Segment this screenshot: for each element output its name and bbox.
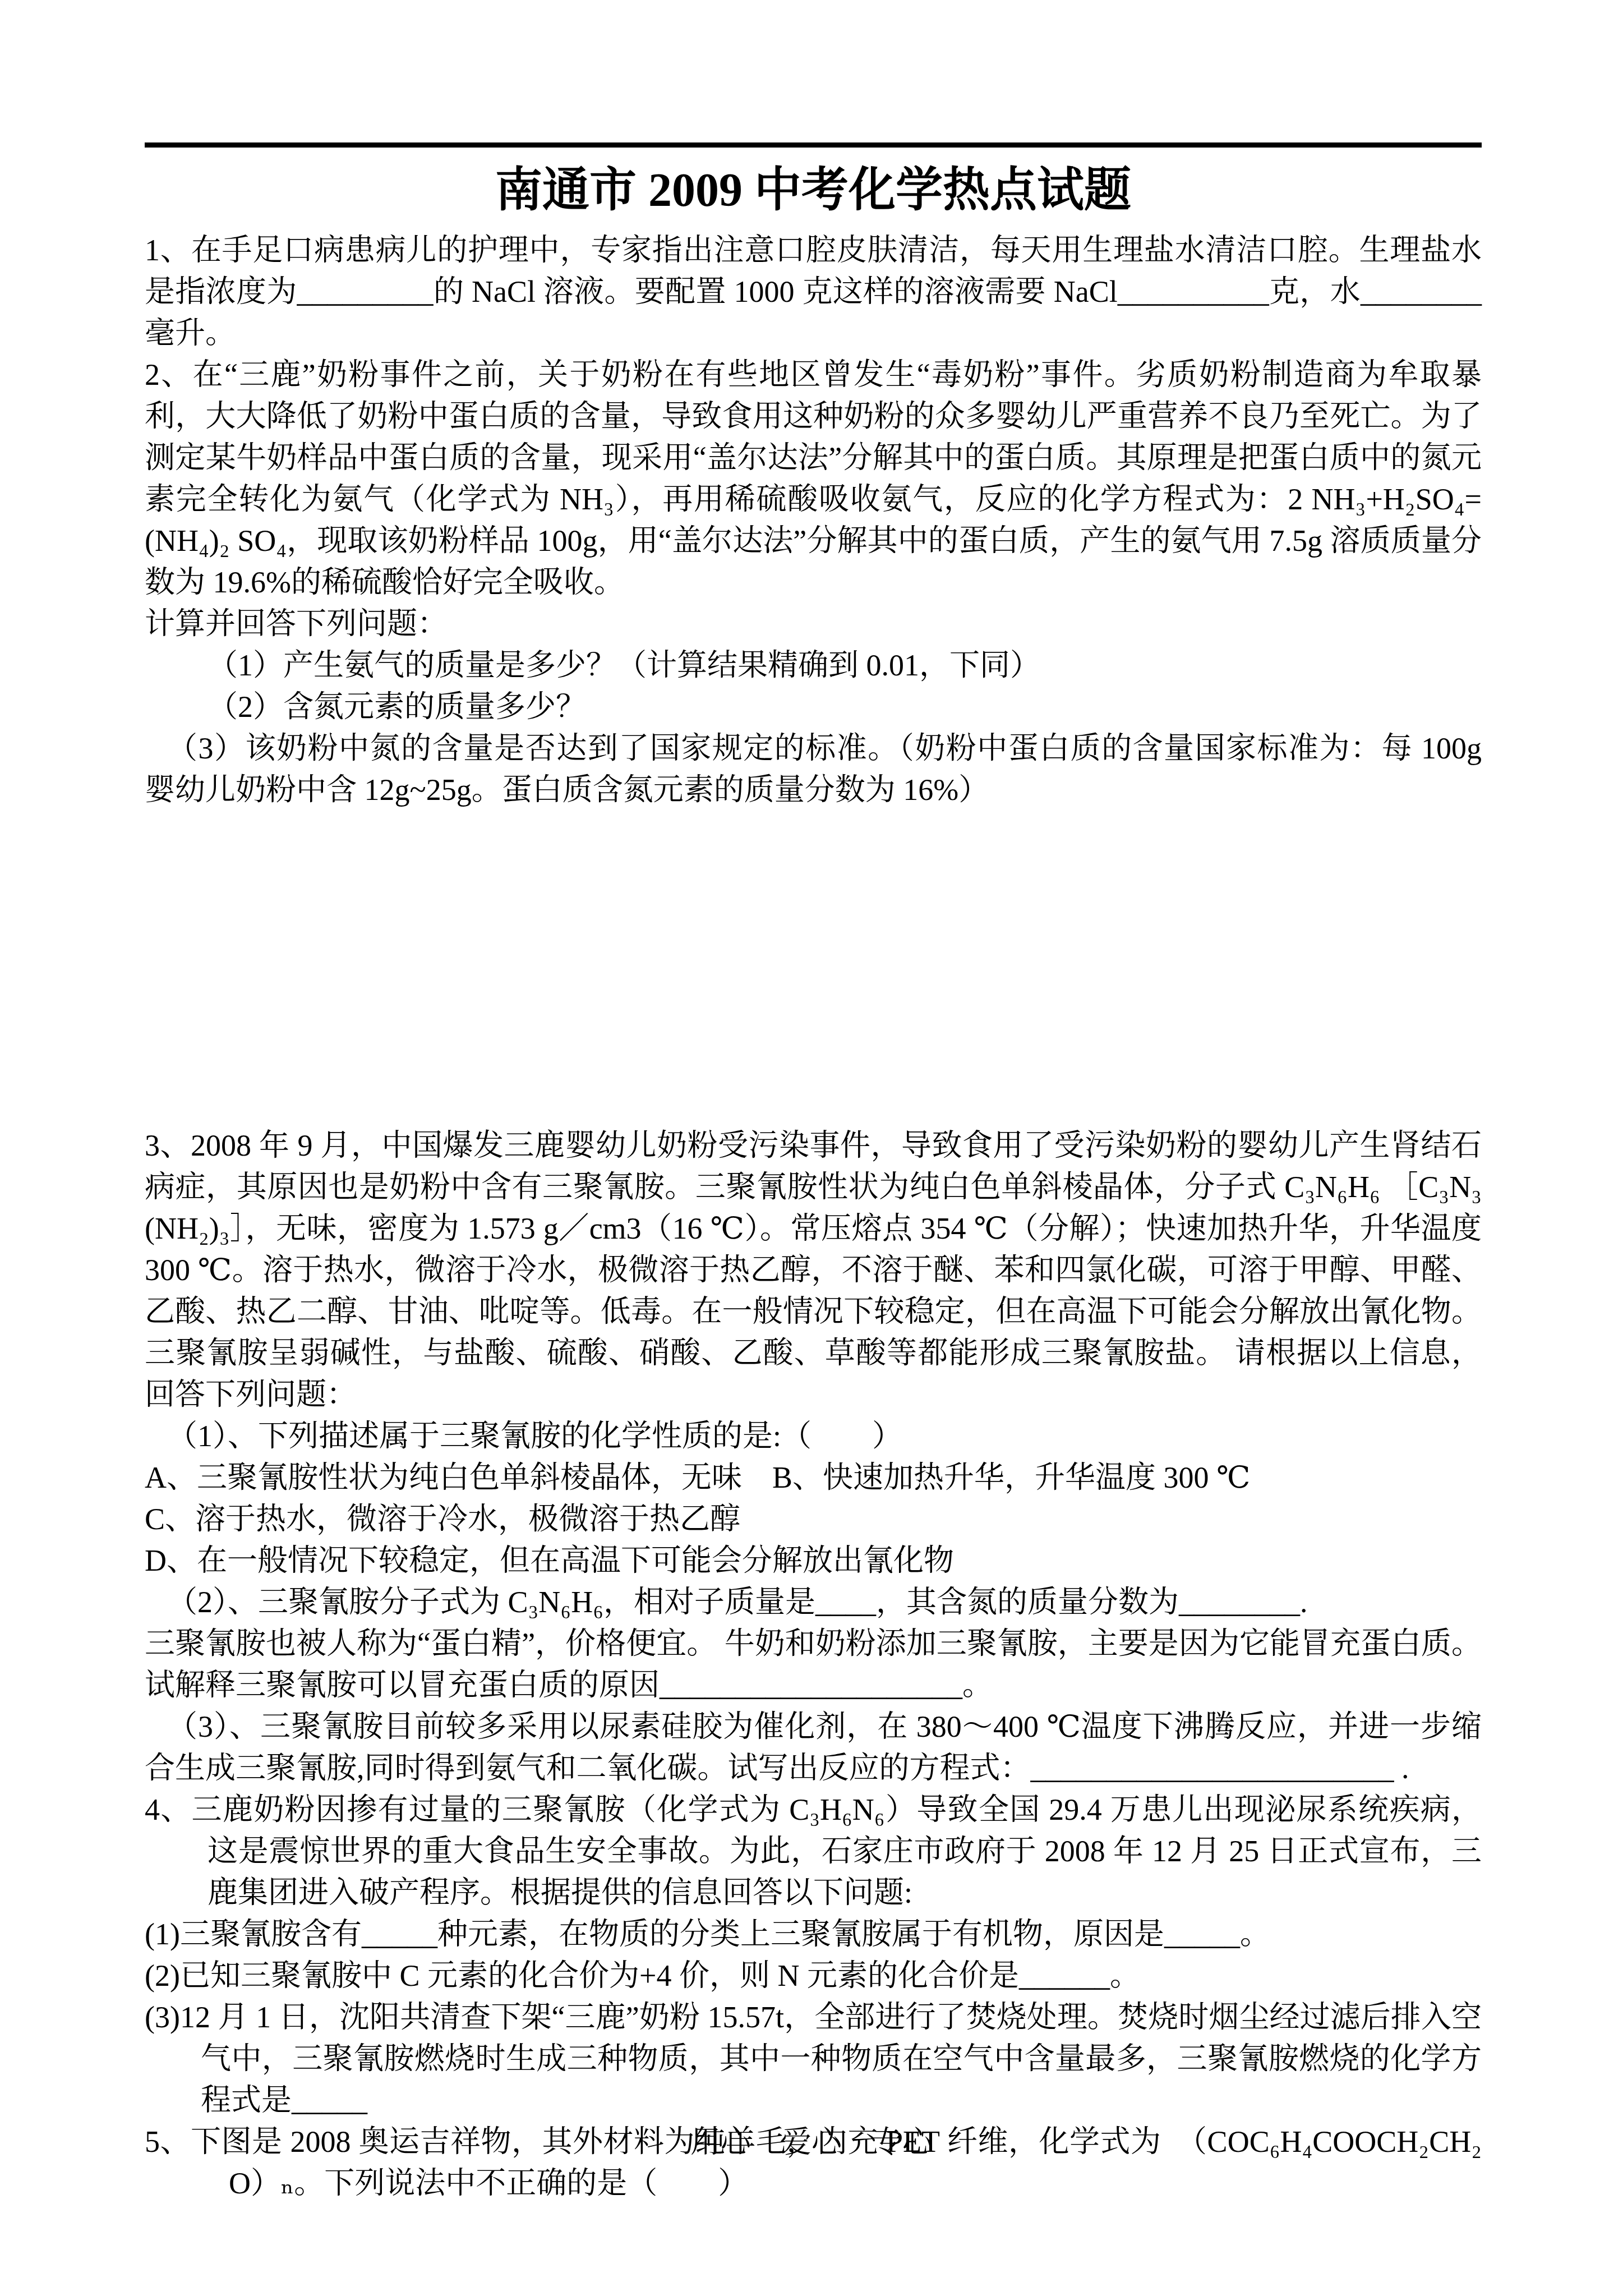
question-2-item-3: （3）该奶粉中氮的含量是否达到了国家规定的标准。（奶粉中蛋白质的含量国家标准为：… (145, 728, 1482, 811)
question-3-item-1: （1）、下列描述属于三聚氰胺的化学性质的是:（ ） (145, 1415, 1482, 1457)
question-2-item-1: （1）产生氨气的质量是多少？（计算结果精确到 0.01，下同） (145, 645, 1482, 686)
question-4-item-2: (2)已知三聚氰胺中 C 元素的化合价为+4 价，则 N 元素的化合价是____… (145, 1955, 1482, 1996)
work-space (145, 811, 1482, 1125)
question-4-item-3: (3)12 月 1 日，沈阳共清查下架“三鹿”奶粉 15.57t，全部进行了焚烧… (145, 1996, 1482, 2121)
page-title: 南通市 2009 中考化学热点试题 (145, 158, 1482, 224)
question-3-options-ab: A、三聚氰胺性状为纯白色单斜棱晶体，无味 B、快速加热升华，升华温度 300 ℃ (145, 1457, 1482, 1498)
page-footer: 用心 爱心 专心 (0, 2122, 1623, 2163)
question-3-item-3: （3）、三聚氰胺目前较多采用以尿素硅胶为催化剂，在 380～400 ℃温度下沸腾… (145, 1706, 1482, 1789)
question-3-intro: 3、2008 年 9 月，中国爆发三鹿婴幼儿奶粉受污染事件，导致食用了受污染奶粉… (145, 1125, 1482, 1415)
question-1: 1、在手足口病患病儿的护理中，专家指出注意口腔皮肤清洁，每天用生理盐水清洁口腔。… (145, 229, 1482, 354)
header-rule (145, 142, 1482, 148)
question-4-item-1: (1)三聚氰胺含有_____种元素，在物质的分类上三聚氰胺属于有机物，原因是__… (145, 1913, 1482, 1955)
question-3-option-d: D、在一般情况下较稳定，但在高温下可能会分解放出氰化物 (145, 1540, 1482, 1581)
document-page: 南通市 2009 中考化学热点试题 1、在手足口病患病儿的护理中，专家指出注意口… (0, 0, 1623, 2296)
question-2-intro: 2、在“三鹿”奶粉事件之前，关于奶粉在有些地区曾发生“毒奶粉”事件。劣质奶粉制造… (145, 354, 1482, 603)
question-3-item-2: （2）、三聚氰胺分子式为 C₃N₆H₆，相对子质量是____，其含氮的质量分数为… (145, 1581, 1482, 1623)
question-2-prompt: 计算并回答下列问题： (145, 603, 1482, 645)
question-2-item-2: （2）含氮元素的质量多少？ (145, 686, 1482, 728)
question-3-note: 三聚氰胺也被人称为“蛋白精”，价格便宜。 牛奶和奶粉添加三聚氰胺，主要是因为它能… (145, 1623, 1482, 1706)
question-4-intro: 4、三鹿奶粉因掺有过量的三聚氰胺（化学式为 C₃H₆N₆）导致全国 29.4 万… (145, 1789, 1482, 1913)
question-3-option-c: C、溶于热水，微溶于冷水，极微溶于热乙醇 (145, 1498, 1482, 1540)
page-content: 南通市 2009 中考化学热点试题 1、在手足口病患病儿的护理中，专家指出注意口… (145, 142, 1482, 2204)
